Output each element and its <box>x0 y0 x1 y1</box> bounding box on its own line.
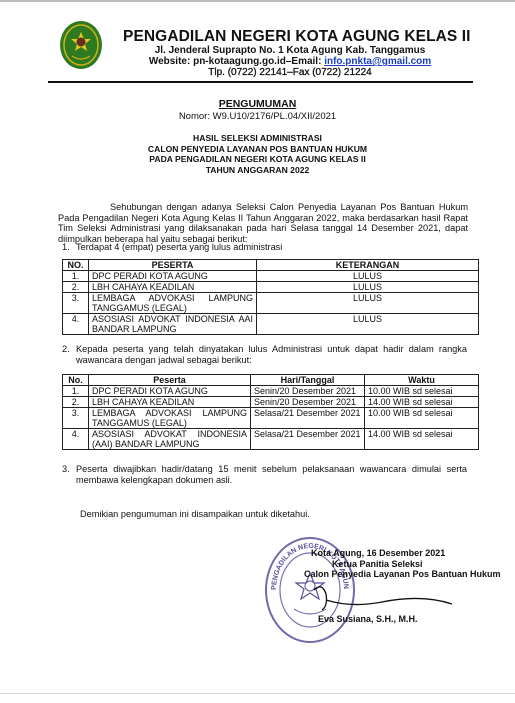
signature-block: Kota Agung, 16 Desember 2021 Ketua Panit… <box>310 548 501 580</box>
table-row: 2. LBH CAHAYA KEADILAN LULUS <box>63 282 479 293</box>
participant-name: LEMBAGA ADVOKASI LAMPUNG TANGGAMUS (LEGA… <box>89 408 251 429</box>
participant-name: LEMBAGA ADVOKASI LAMPUNG TANGGAMUS (LEGA… <box>89 293 257 314</box>
result-status: LULUS <box>257 282 479 293</box>
email-link[interactable]: info.pnkta@gmail.com <box>324 56 431 67</box>
schedule-table: No. Peserta Hari/Tanggal Waktu 1. DPC PE… <box>62 374 479 450</box>
column-header: NO. <box>63 260 89 271</box>
participant-name: DPC PERADI KOTA AGUNG <box>89 386 251 397</box>
result-status: LULUS <box>257 271 479 282</box>
row-number: 4. <box>63 429 89 450</box>
interview-date: Selasa/21 Desember 2021 <box>251 408 365 429</box>
list-number: 3. <box>62 464 70 475</box>
table-row: 4. ASOSIASI ADVOKAT INDONESIA (AAI) BAND… <box>63 429 479 450</box>
list-text: Peserta diwajibkan hadir/datang 15 menit… <box>76 464 467 485</box>
list-item: 1. Terdapat 4 (empat) peserta yang lulus… <box>62 242 467 253</box>
website-label: Website: pn-kotaagung.go.id–Email: <box>149 56 324 67</box>
phone-line: Tlp. (0722) 22141–Fax (0722) 21224 <box>115 67 465 78</box>
interview-time: 10.00 WIB sd selesai <box>365 408 479 429</box>
row-number: 2. <box>63 397 89 408</box>
list-number: 2. <box>62 344 70 355</box>
contact-line: Website: pn-kotaagung.go.id–Email: info.… <box>115 56 465 67</box>
row-number: 1. <box>63 271 89 282</box>
results-table: NO. PESERTA KETERANGAN 1. DPC PERADI KOT… <box>62 259 479 335</box>
letterhead: PENGADILAN NEGERI KOTA AGUNG KELAS II Jl… <box>115 28 465 78</box>
announcement-number: Nomor: W9.U10/2176/PL.04/XII/2021 <box>0 111 515 122</box>
institution-name: PENGADILAN NEGERI KOTA AGUNG KELAS II <box>123 28 465 45</box>
institution-address: Jl. Jenderal Suprapto No. 1 Kota Agung K… <box>115 45 465 56</box>
subject-line: PADA PENGADILAN NEGERI KOTA AGUNG KELAS … <box>0 154 515 165</box>
participant-name: DPC PERADI KOTA AGUNG <box>89 271 257 282</box>
row-number: 3. <box>63 293 89 314</box>
list-number: 1. <box>62 242 70 253</box>
column-header: PESERTA <box>89 260 257 271</box>
column-header: No. <box>63 375 89 386</box>
committee-name: Calon Penyedia Layanan Pos Bantuan Hukum <box>304 569 501 580</box>
subject-line: HASIL SELEKSI ADMINISTRASI <box>0 133 515 144</box>
row-number: 4. <box>63 314 89 335</box>
interview-date: Senin/20 Desember 2021 <box>251 397 365 408</box>
closing-statement: Demikian pengumuman ini disampaikan untu… <box>80 509 310 519</box>
column-header: Hari/Tanggal <box>251 375 365 386</box>
subject-line: CALON PENYEDIA LAYANAN POS BANTUAN HUKUM <box>0 144 515 155</box>
result-status: LULUS <box>257 293 479 314</box>
column-header: Peserta <box>89 375 251 386</box>
table-row: 1. DPC PERADI KOTA AGUNG Senin/20 Desemb… <box>63 386 479 397</box>
letterhead-divider <box>48 81 473 83</box>
frame-bottom-border <box>0 693 515 694</box>
signer-position: Ketua Panitia Seleksi <box>332 559 501 570</box>
intro-text: Sehubungan dengan adanya Seleksi Calon P… <box>58 202 468 244</box>
interview-date: Selasa/21 Desember 2021 <box>251 429 365 450</box>
announcement-title: PENGUMUMAN <box>0 98 515 110</box>
participant-name: ASOSIASI ADVOKAT INDONESIA (AAI) BANDAR … <box>89 429 251 450</box>
interview-time: 10.00 WIB sd selesai <box>365 386 479 397</box>
list-text: Terdapat 4 (empat) peserta yang lulus ad… <box>76 242 467 253</box>
column-header: Waktu <box>365 375 479 386</box>
participant-name: LBH CAHAYA KEADILAN <box>89 397 251 408</box>
list-item: 2. Kepada peserta yang telah dinyatakan … <box>62 344 467 365</box>
intro-paragraph: Sehubungan dengan adanya Seleksi Calon P… <box>58 202 468 245</box>
column-header: KETERANGAN <box>257 260 479 271</box>
announcement-subject: HASIL SELEKSI ADMINISTRASI CALON PENYEDI… <box>0 133 515 175</box>
place-date: Kota Agung, 16 Desember 2021 <box>311 548 501 559</box>
list-text: Kepada peserta yang telah dinyatakan lul… <box>76 344 467 365</box>
table-row: 4. ASOSIASI ADVOKAT INDONESIA AAI BANDAR… <box>63 314 479 335</box>
result-status: LULUS <box>257 314 479 335</box>
interview-date: Senin/20 Desember 2021 <box>251 386 365 397</box>
table-row: 1. DPC PERADI KOTA AGUNG LULUS <box>63 271 479 282</box>
participant-name: ASOSIASI ADVOKAT INDONESIA AAI BANDAR LA… <box>89 314 257 335</box>
row-number: 1. <box>63 386 89 397</box>
court-emblem-icon <box>59 20 103 70</box>
table-row: 3. LEMBAGA ADVOKASI LAMPUNG TANGGAMUS (L… <box>63 408 479 429</box>
table-row: 2. LBH CAHAYA KEADILAN Senin/20 Desember… <box>63 397 479 408</box>
interview-time: 14.00 WIB sd selesai <box>365 429 479 450</box>
signer-name: Eva Susiana, S.H., M.H. <box>318 614 418 624</box>
row-number: 3. <box>63 408 89 429</box>
subject-line: TAHUN ANGGARAN 2022 <box>0 165 515 176</box>
frame-top-border <box>0 0 515 2</box>
list-item: 3. Peserta diwajibkan hadir/datang 15 me… <box>62 464 467 485</box>
row-number: 2. <box>63 282 89 293</box>
table-row: 3. LEMBAGA ADVOKASI LAMPUNG TANGGAMUS (L… <box>63 293 479 314</box>
participant-name: LBH CAHAYA KEADILAN <box>89 282 257 293</box>
interview-time: 14.00 WIB sd selesai <box>365 397 479 408</box>
table-header-row: NO. PESERTA KETERANGAN <box>63 260 479 271</box>
table-header-row: No. Peserta Hari/Tanggal Waktu <box>63 375 479 386</box>
